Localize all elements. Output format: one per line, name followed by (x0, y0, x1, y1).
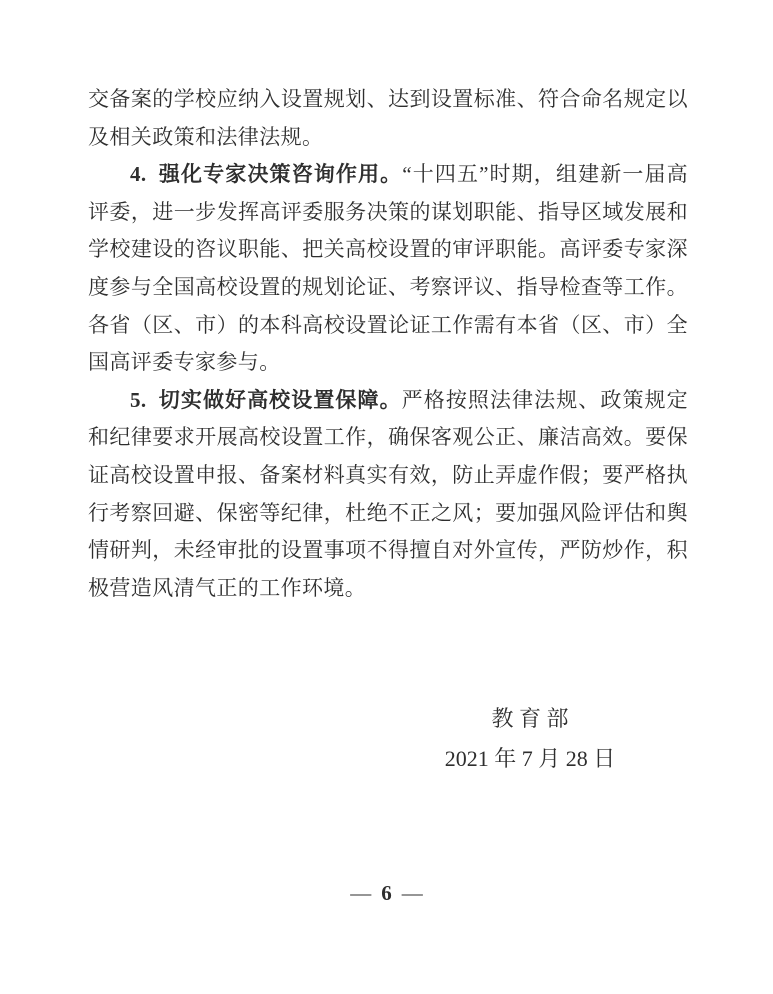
document-body: 交备案的学校应纳入设置规划、达到设置标准、符合命名规定以及相关政策和法律法规。 … (88, 81, 688, 607)
paragraph-5: 5.切实做好高校设置保障。严格按照法律法规、政策规定和纪律要求开展高校设置工作，… (88, 382, 688, 608)
paragraph-5-number: 5. (130, 388, 147, 412)
paragraph-4-number: 4. (130, 162, 147, 186)
footer-dash-right: — (402, 881, 423, 905)
signature-block: 教 育 部 2021 年 7 月 28 日 (400, 699, 660, 779)
document-page: 交备案的学校应纳入设置规划、达到设置标准、符合命名规定以及相关政策和法律法规。 … (0, 0, 773, 994)
signature-date: 2021 年 7 月 28 日 (400, 739, 660, 779)
page-footer: —6— (0, 879, 773, 907)
signature-signer: 教 育 部 (400, 699, 660, 739)
paragraph-4-heading: 强化专家决策咨询作用。 (158, 162, 402, 186)
paragraph-5-heading: 切实做好高校设置保障。 (158, 388, 402, 412)
paragraph-4-body: “十四五”时期，组建新一届高评委，进一步发挥高评委服务决策的谋划职能、指导区域发… (88, 162, 688, 374)
page-number: 6 (381, 881, 392, 905)
paragraph-continuation: 交备案的学校应纳入设置规划、达到设置标准、符合命名规定以及相关政策和法律法规。 (88, 81, 688, 156)
paragraph-5-body: 严格按照法律法规、政策规定和纪律要求开展高校设置工作，确保客观公正、廉洁高效。要… (88, 388, 688, 600)
paragraph-4: 4.强化专家决策咨询作用。“十四五”时期，组建新一届高评委，进一步发挥高评委服务… (88, 156, 688, 382)
footer-dash-left: — (350, 881, 371, 905)
